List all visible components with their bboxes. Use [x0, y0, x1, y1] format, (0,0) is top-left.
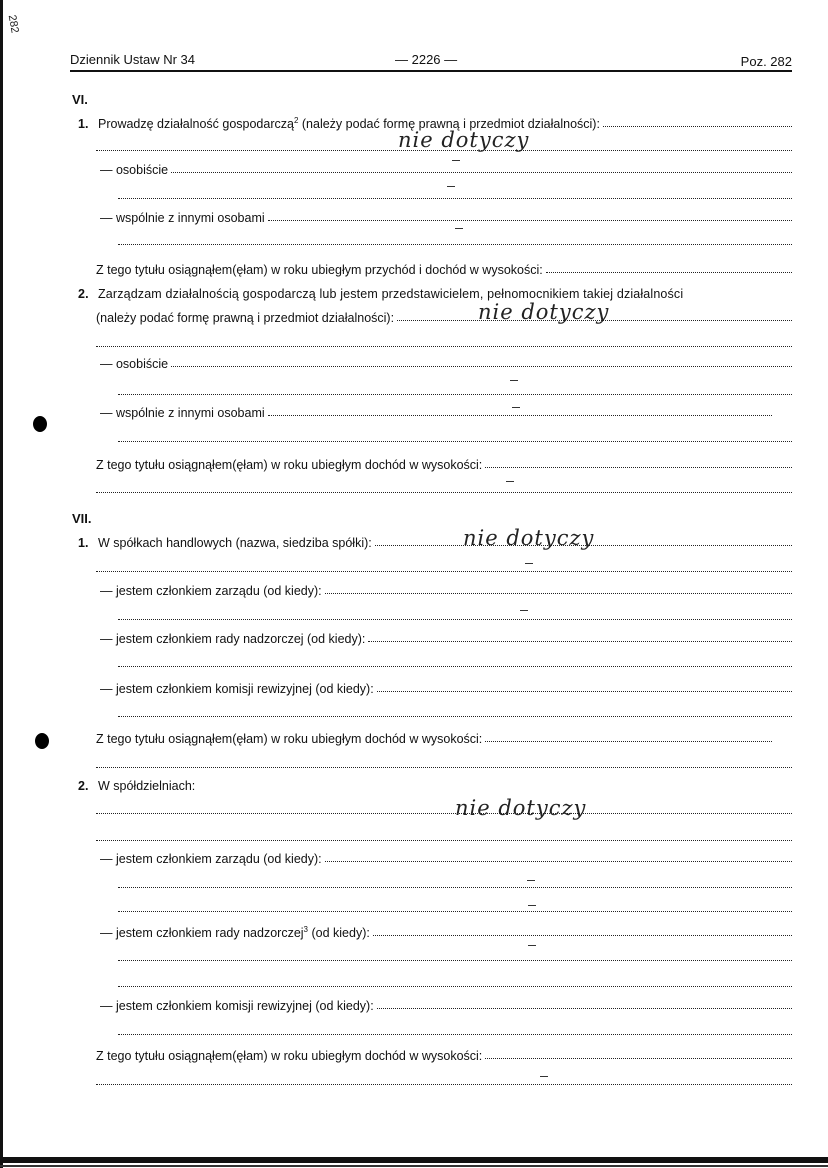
- income-label: Z tego tytułu osiągnąłem(ęłam) w roku ub…: [96, 731, 482, 747]
- section-vii-title: VII.: [72, 511, 92, 526]
- answer-line[interactable]: [96, 840, 792, 841]
- personally-label: — osobiście: [100, 356, 168, 372]
- answer-line[interactable]: [96, 813, 792, 814]
- vi-item1-personally-field[interactable]: — osobiście: [100, 162, 792, 178]
- vii-item2-supervisory-field[interactable]: — jestem członkiem rady nadzorczej3 (od …: [100, 925, 792, 941]
- handwritten-answer: nie dotyczy: [398, 128, 529, 152]
- margin-annotation: 282: [6, 14, 21, 34]
- answer-line[interactable]: [118, 244, 792, 245]
- answer-line[interactable]: [96, 767, 792, 768]
- dash-mark: [510, 380, 518, 381]
- vii-item2-income-field[interactable]: Z tego tytułu osiągnąłem(ęłam) w roku ub…: [96, 1048, 792, 1064]
- vii-item2-label-row: 2.W spółdzielniach:: [78, 778, 792, 794]
- journal-title: Dziennik Ustaw Nr 34: [70, 52, 195, 67]
- supervisory-label: — jestem członkiem rady nadzorczej3 (od …: [100, 925, 370, 941]
- vii-item1-label: W spółkach handlowych (nazwa, siedziba s…: [98, 536, 372, 550]
- personally-label: — osobiście: [100, 162, 168, 178]
- supervisory-label: — jestem członkiem rady nadzorczej (od k…: [100, 631, 365, 647]
- dash-mark: [455, 228, 463, 229]
- vi-item2-jointly-field[interactable]: — wspólnie z innymi osobami: [100, 405, 772, 421]
- page-number: — 2226 —: [395, 52, 457, 67]
- dash-mark: [525, 563, 533, 564]
- answer-line[interactable]: [118, 198, 792, 199]
- answer-line[interactable]: [118, 1034, 792, 1035]
- answer-line[interactable]: [96, 492, 792, 493]
- vii-item2-label: W spółdzielniach:: [98, 779, 195, 793]
- dash-mark: [527, 880, 535, 881]
- punch-hole: [35, 733, 49, 749]
- vii-item1-companies-field[interactable]: 1.W spółkach handlowych (nazwa, siedziba…: [78, 535, 792, 551]
- vii-item2-audit-field[interactable]: — jestem członkiem komisji rewizyjnej (o…: [100, 998, 792, 1014]
- vii-item1-board-field[interactable]: — jestem członkiem zarządu (od kiedy):: [100, 583, 792, 599]
- dash-mark: [528, 945, 536, 946]
- answer-line[interactable]: [118, 394, 792, 395]
- answer-line[interactable]: [118, 986, 792, 987]
- vii-item2-board-field[interactable]: — jestem członkiem zarządu (od kiedy):: [100, 851, 792, 867]
- answer-line[interactable]: [118, 716, 792, 717]
- vi-item2-income-field[interactable]: Z tego tytułu osiągnąłem(ęłam) w roku ub…: [96, 457, 792, 473]
- audit-label: — jestem członkiem komisji rewizyjnej (o…: [100, 681, 374, 697]
- answer-line[interactable]: [118, 666, 792, 667]
- audit-label: — jestem członkiem komisji rewizyjnej (o…: [100, 998, 374, 1014]
- vi-item2-label-line2: (należy podać formę prawną i przedmiot d…: [96, 310, 394, 326]
- dash-mark: [528, 905, 536, 906]
- vi-item2-label-line1: 2.Zarządzam działalnością gospodarczą lu…: [78, 286, 792, 302]
- header-rule: [70, 70, 792, 72]
- board-label: — jestem członkiem zarządu (od kiedy):: [100, 583, 322, 599]
- vi-item1-jointly-field[interactable]: — wspólnie z innymi osobami: [100, 210, 792, 226]
- income-label: Z tego tytułu osiągnąłem(ęłam) w roku ub…: [96, 262, 543, 278]
- board-label: — jestem członkiem zarządu (od kiedy):: [100, 851, 322, 867]
- dash-mark: [452, 160, 460, 161]
- answer-line[interactable]: [118, 960, 792, 961]
- dash-mark: [506, 481, 514, 482]
- vii-item1-audit-field[interactable]: — jestem członkiem komisji rewizyjnej (o…: [100, 681, 792, 697]
- answer-line[interactable]: [96, 571, 792, 572]
- answer-line[interactable]: [118, 887, 792, 888]
- vii-item1-supervisory-field[interactable]: — jestem członkiem rady nadzorczej (od k…: [100, 631, 792, 647]
- jointly-label: — wspólnie z innymi osobami: [100, 405, 265, 421]
- dash-mark: [540, 1076, 548, 1077]
- position-number: Poz. 282: [741, 54, 792, 69]
- income-label: Z tego tytułu osiągnąłem(ęłam) w roku ub…: [96, 457, 482, 473]
- handwritten-answer: nie dotyczy: [463, 526, 594, 550]
- answer-line[interactable]: [118, 619, 792, 620]
- vii-item1-income-field[interactable]: Z tego tytułu osiągnąłem(ęłam) w roku ub…: [96, 731, 772, 747]
- vi-item1-income-field[interactable]: Z tego tytułu osiągnąłem(ęłam) w roku ub…: [96, 262, 792, 278]
- handwritten-answer: nie dotyczy: [455, 796, 586, 820]
- scan-edge-left: [0, 0, 3, 1168]
- scan-edge-bottom: [0, 1157, 828, 1163]
- answer-line[interactable]: [118, 441, 792, 442]
- answer-line[interactable]: [96, 346, 792, 347]
- handwritten-answer: nie dotyczy: [478, 300, 609, 324]
- dash-mark: [512, 407, 520, 408]
- dash-mark: [447, 186, 455, 187]
- page-header: Dziennik Ustaw Nr 34 — 2226 — Poz. 282: [70, 52, 792, 70]
- jointly-label: — wspólnie z innymi osobami: [100, 210, 265, 226]
- vi-item2-personally-field[interactable]: — osobiście: [100, 356, 792, 372]
- answer-line[interactable]: [118, 911, 792, 912]
- punch-hole: [33, 416, 47, 432]
- income-label: Z tego tytułu osiągnąłem(ęłam) w roku ub…: [96, 1048, 482, 1064]
- answer-line[interactable]: [96, 1084, 792, 1085]
- dash-mark: [520, 610, 528, 611]
- vi-item2-management-field[interactable]: (należy podać formę prawną i przedmiot d…: [96, 310, 792, 326]
- scan-edge-bottom-shadow: [0, 1165, 828, 1167]
- section-vi-title: VI.: [72, 92, 88, 107]
